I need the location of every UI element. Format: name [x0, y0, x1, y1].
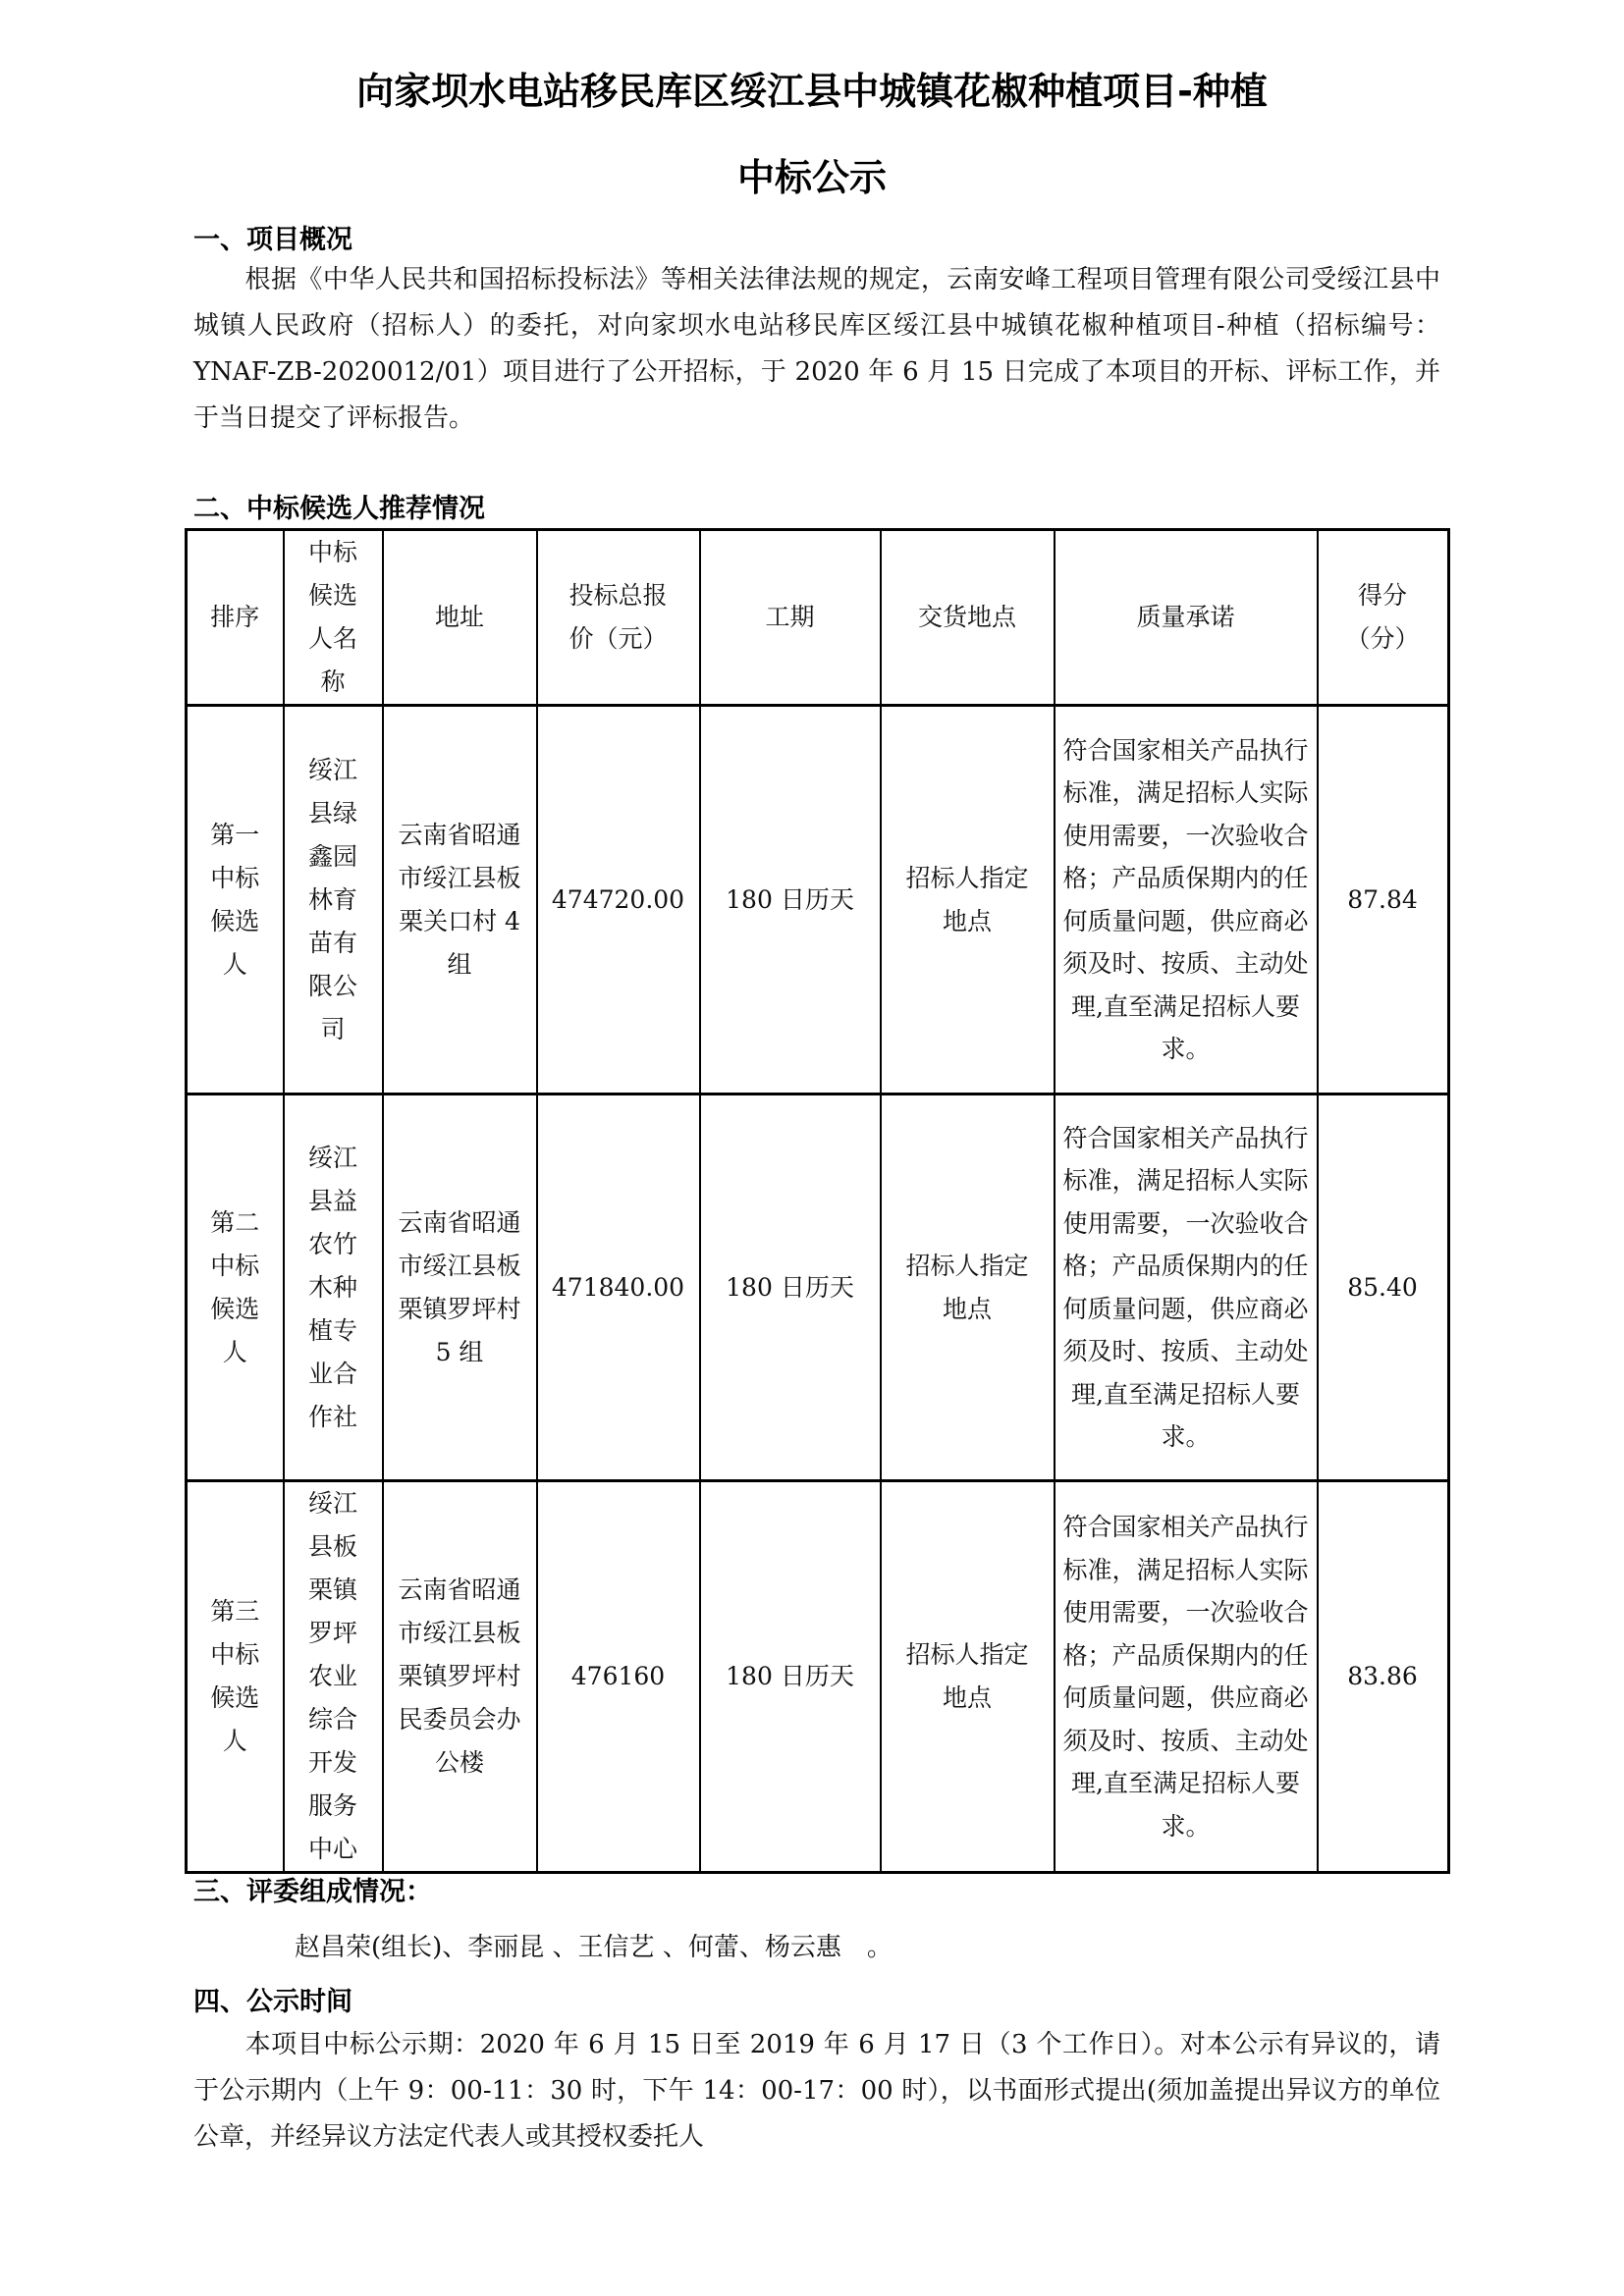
header-score: 得分（分） — [1318, 530, 1449, 706]
delivery-cell: 招标人指定地点 — [881, 1481, 1055, 1873]
address-cell: 云南省昭通市绥江县板栗镇罗坪村民委员会办公楼 — [383, 1481, 537, 1873]
header-address: 地址 — [383, 530, 537, 706]
rank-cell: 第二中标候选人 — [187, 1095, 284, 1481]
quality-cell: 符合国家相关产品执行标准，满足招标人实际使用需要，一次验收合格；产品质保期内的任… — [1055, 1095, 1318, 1481]
section-heading-candidates: 二、中标候选人推荐情况 — [193, 487, 485, 525]
table-row: 第二中标候选人 绥江县益农竹木种植专业合作社 云南省昭通市绥江县板栗镇罗坪村 5… — [187, 1095, 1449, 1481]
rank-cell: 第一中标候选人 — [187, 706, 284, 1095]
score-cell: 83.86 — [1318, 1481, 1449, 1873]
header-duration: 工期 — [700, 530, 881, 706]
address-cell: 云南省昭通市绥江县板栗镇罗坪村 5 组 — [383, 1095, 537, 1481]
duration-cell: 180 日历天 — [700, 706, 881, 1095]
score-cell: 87.84 — [1318, 706, 1449, 1095]
publicity-text: 本项目中标公示期：2020 年 6 月 15 日至 2019 年 6 月 17 … — [193, 2030, 1440, 2152]
header-candidate-name: 中标候选人名称 — [284, 530, 383, 706]
committee-members: 赵昌荣(组长)、李丽昆 、王信艺 、何蕾、杨云惠 。 — [295, 1925, 1375, 1971]
price-cell: 471840.00 — [537, 1095, 700, 1481]
quality-cell: 符合国家相关产品执行标准，满足招标人实际使用需要，一次验收合格；产品质保期内的任… — [1055, 1481, 1318, 1873]
header-total-price: 投标总报价（元） — [537, 530, 700, 706]
section-heading-overview: 一、项目概况 — [193, 218, 352, 256]
table-row: 第一中标候选人 绥江县绿鑫园林育苗有限公司 云南省昭通市绥江县板栗关口村 4 组… — [187, 706, 1449, 1095]
candidate-name-cell: 绥江县益农竹木种植专业合作社 — [284, 1095, 383, 1481]
duration-cell: 180 日历天 — [700, 1095, 881, 1481]
candidates-table: 排序 中标候选人名称 地址 投标总报价（元） 工期 交货地点 质量承诺 得分（分… — [185, 528, 1450, 1874]
price-cell: 476160 — [537, 1481, 700, 1873]
rank-cell: 第三中标候选人 — [187, 1481, 284, 1873]
candidate-name-cell: 绥江县板栗镇罗坪农业综合开发服务中心 — [284, 1481, 383, 1873]
candidate-name-cell: 绥江县绿鑫园林育苗有限公司 — [284, 706, 383, 1095]
address-cell: 云南省昭通市绥江县板栗关口村 4 组 — [383, 706, 537, 1095]
delivery-cell: 招标人指定地点 — [881, 1095, 1055, 1481]
publicity-paragraph: 本项目中标公示期：2020 年 6 月 15 日至 2019 年 6 月 17 … — [193, 2022, 1440, 2161]
document-title: 向家坝水电站移民库区绥江县中城镇花椒种植项目-种植 — [0, 61, 1624, 115]
document-subtitle: 中标公示 — [0, 147, 1624, 201]
overview-text: 根据《中华人民共和国招标投标法》等相关法律法规的规定，云南安峰工程项目管理有限公… — [193, 265, 1440, 433]
delivery-cell: 招标人指定地点 — [881, 706, 1055, 1095]
price-cell: 474720.00 — [537, 706, 700, 1095]
header-delivery: 交货地点 — [881, 530, 1055, 706]
section-heading-committee: 三、评委组成情况： — [193, 1870, 432, 1908]
quality-cell: 符合国家相关产品执行标准，满足招标人实际使用需要，一次验收合格；产品质保期内的任… — [1055, 706, 1318, 1095]
table-row: 第三中标候选人 绥江县板栗镇罗坪农业综合开发服务中心 云南省昭通市绥江县板栗镇罗… — [187, 1481, 1449, 1873]
overview-paragraph: 根据《中华人民共和国招标投标法》等相关法律法规的规定，云南安峰工程项目管理有限公… — [193, 257, 1440, 442]
duration-cell: 180 日历天 — [700, 1481, 881, 1873]
header-quality: 质量承诺 — [1055, 530, 1318, 706]
table-header-row: 排序 中标候选人名称 地址 投标总报价（元） 工期 交货地点 质量承诺 得分（分… — [187, 530, 1449, 706]
section-heading-publicity: 四、公示时间 — [193, 1980, 352, 2018]
score-cell: 85.40 — [1318, 1095, 1449, 1481]
header-rank: 排序 — [187, 530, 284, 706]
